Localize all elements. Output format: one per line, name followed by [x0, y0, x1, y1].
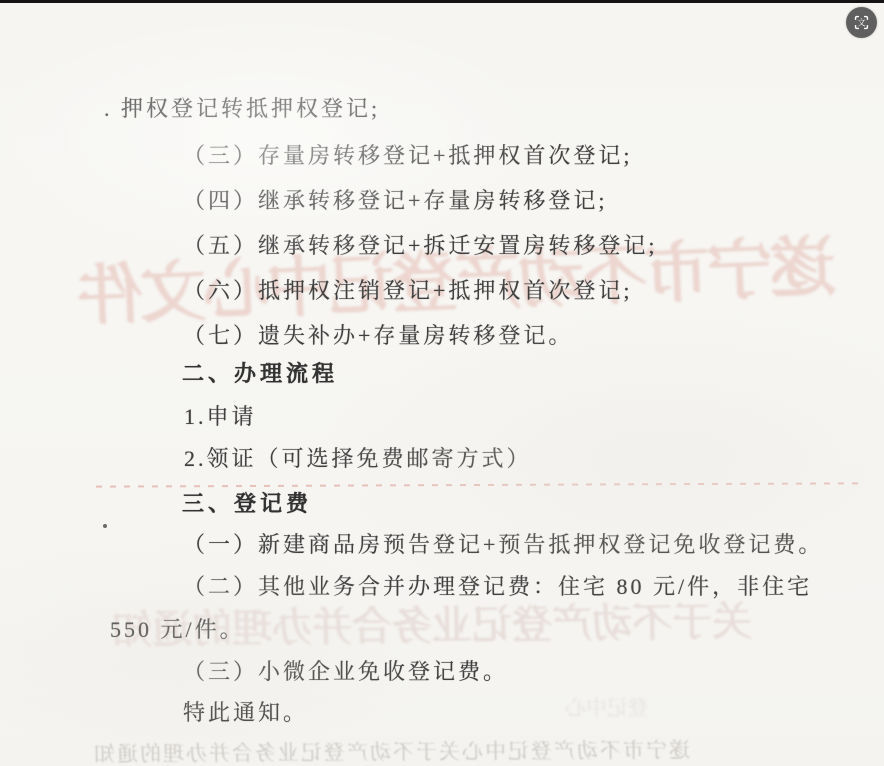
scan-text-button[interactable]: 文	[846, 7, 877, 38]
doc-line-closing: 特此通知。	[183, 696, 308, 727]
doc-line-fee-2b: 550 元/件。	[110, 613, 245, 644]
doc-line-fee-1: （一）新建商品房预告登记+预告抵押权登记免收登记费。	[183, 528, 823, 559]
section-heading-fees: 三、登记费	[182, 487, 312, 518]
doc-line-step-2: 2.领证（可选择免费邮寄方式）	[184, 442, 532, 473]
section-heading-process: 二、办理流程	[182, 357, 338, 388]
doc-line-item-6: （六）抵押权注销登记+抵押权首次登记;	[183, 274, 633, 305]
doc-line-continuation: . 押权登记转抵押权登记;	[104, 92, 380, 123]
bleedthrough-fragment-text: 登记中心	[565, 692, 649, 722]
doc-line-fee-2a: （二）其他业务合并办理登记费：住宅 80 元/件，非住宅	[183, 570, 812, 601]
doc-line-step-1: 1.申请	[184, 400, 257, 431]
doc-line-item-5: （五）继承转移登记+拆迁安置房转移登记;	[183, 229, 658, 260]
scan-text-icon: 文	[852, 13, 871, 32]
doc-line-item-7: （七）遗失补办+存量房转移登记。	[183, 319, 573, 350]
stray-ink-dot	[103, 524, 107, 528]
doc-line-fee-3: （三）小微企业免收登记费。	[183, 655, 508, 686]
bleedthrough-footer-line: 遂宁市不动产登记中心关于不动产登记业务合并办理的通知	[92, 734, 740, 765]
scanned-document-page: 遂宁市不动产登记中心文件 关于不动产登记业务合并办理的通知 登记中心 遂宁市不动…	[0, 0, 884, 766]
doc-line-item-4: （四）继承转移登记+存量房转移登记;	[183, 184, 608, 215]
scan-top-edge-bar	[0, 0, 884, 3]
doc-line-item-3: （三）存量房转移登记+抵押权首次登记;	[183, 139, 633, 170]
bleedthrough-footer-line-text: 遂宁市不动产登记中心关于不动产登记业务合并办理的通知	[92, 734, 690, 766]
ocr-glyph: 文	[857, 18, 866, 28]
bleedthrough-fragment: 登记中心	[565, 692, 795, 718]
